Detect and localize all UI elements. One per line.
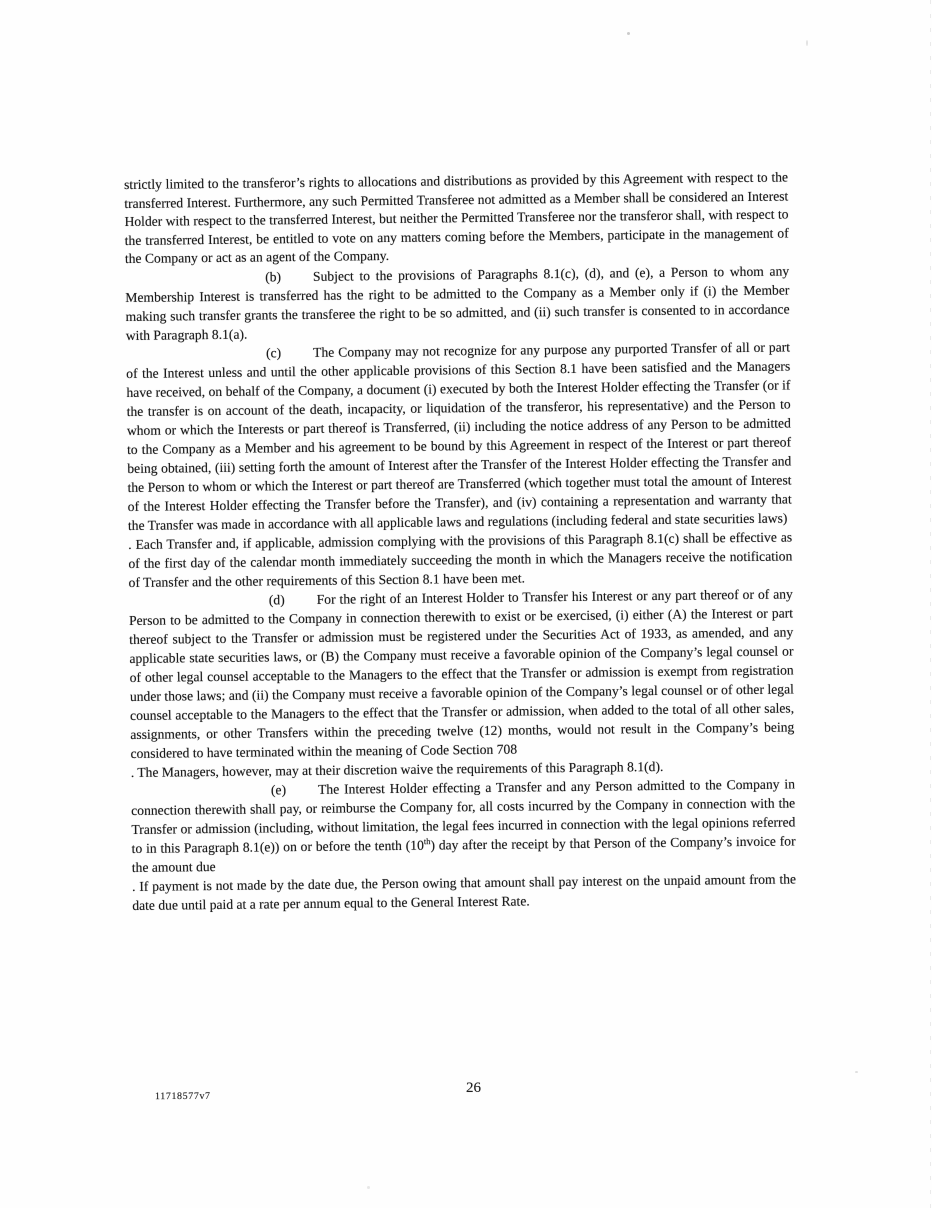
paragraph-c: (c)The Company may not recognize for any… bbox=[126, 337, 792, 535]
scan-speck bbox=[855, 1071, 858, 1073]
footer-doc-id: 11718577v7 bbox=[155, 1091, 211, 1102]
paragraph-b-text: Subject to the provisions of Paragraphs … bbox=[125, 263, 789, 343]
scan-speck bbox=[806, 40, 808, 46]
paragraph-e: (e)The Interest Holder effecting a Trans… bbox=[131, 774, 796, 877]
scan-speck bbox=[627, 32, 630, 35]
paragraph-intro-continuation: strictly limited to the transferor’s rig… bbox=[124, 168, 789, 268]
paragraph-d-text: For the right of an Interest Holder to T… bbox=[129, 586, 794, 761]
paragraph-e-continuation-text: . If payment is not made by the date due… bbox=[132, 871, 796, 913]
paragraph-e-label: (e) bbox=[271, 782, 286, 797]
footer-page-number: 26 bbox=[466, 1080, 481, 1097]
paragraph-e-continuation: . If payment is not made by the date due… bbox=[132, 869, 796, 915]
paragraph-d-label: (d) bbox=[269, 592, 285, 607]
paragraph-d: (d)For the right of an Interest Holder t… bbox=[129, 584, 795, 763]
scanned-page: strictly limited to the transferor’s rig… bbox=[0, 0, 932, 1208]
paragraph-c-text: The Company may not recognize for any pu… bbox=[126, 339, 792, 533]
body-text: strictly limited to the transferor’s rig… bbox=[124, 168, 796, 914]
paragraph-b-label: (b) bbox=[265, 269, 281, 284]
paragraph-intro-text: strictly limited to the transferor’s rig… bbox=[124, 169, 789, 266]
scan-edge-artifact bbox=[930, 0, 931, 1208]
paragraph-c-continuation: . Each Transfer and, if applicable, admi… bbox=[128, 527, 793, 592]
scan-speck bbox=[367, 1186, 370, 1189]
paragraph-c-label: (c) bbox=[266, 345, 281, 360]
paragraph-c-continuation-text: . Each Transfer and, if applicable, admi… bbox=[128, 529, 792, 590]
paragraph-b: (b)Subject to the provisions of Paragrap… bbox=[125, 261, 790, 345]
